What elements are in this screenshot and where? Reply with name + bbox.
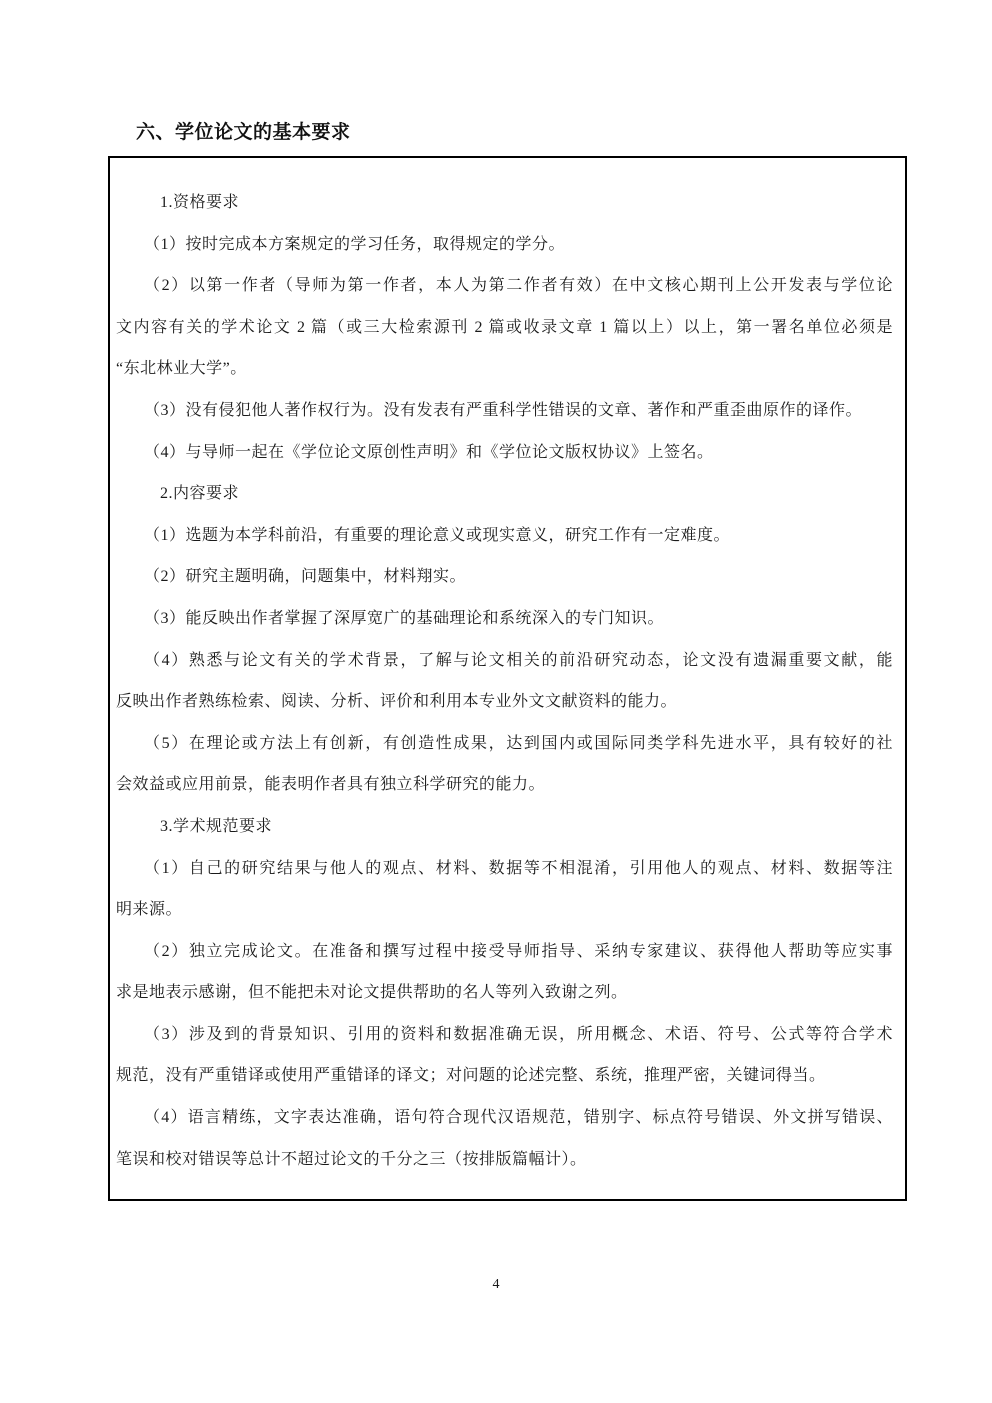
doc-line-heading-2: 2.内容要求 [116,473,893,515]
doc-line: （3）能反映出作者掌握了深厚宽广的基础理论和系统深入的专门知识。 [116,598,893,640]
section-heading: 六、学位论文的基本要求 [136,117,351,144]
doc-line-heading-1: 1.资格要求 [116,182,893,224]
requirements-box: 1.资格要求 （1）按时完成本方案规定的学习任务，取得规定的学分。 （2）以第一… [108,156,907,1201]
doc-line: （3）涉及到的背景知识、引用的资料和数据准确无误，所用概念、术语、符号、公式等符… [116,1014,893,1056]
document-page: 六、学位论文的基本要求 1.资格要求 （1）按时完成本方案规定的学习任务，取得规… [0,0,992,1403]
doc-line: （1）自己的研究结果与他人的观点、材料、数据等不相混淆，引用他人的观点、材料、数… [116,848,893,890]
doc-line: （1）按时完成本方案规定的学习任务，取得规定的学分。 [116,224,893,266]
doc-line: （2）研究主题明确，问题集中，材料翔实。 [116,556,893,598]
doc-line: （1）选题为本学科前沿，有重要的理论意义或现实意义，研究工作有一定难度。 [116,515,893,557]
doc-line: 文内容有关的学术论文 2 篇（或三大检索源刊 2 篇或收录文章 1 篇以上）以上… [116,307,893,349]
page-number: 4 [0,1277,992,1293]
doc-line: “东北林业大学”。 [116,348,893,390]
doc-line-heading-3: 3.学术规范要求 [116,806,893,848]
doc-line: 反映出作者熟练检索、阅读、分析、评价和利用本专业外文文献资料的能力。 [116,681,893,723]
doc-line: 求是地表示感谢，但不能把未对论文提供帮助的名人等列入致谢之列。 [116,972,893,1014]
doc-line: （2）以第一作者（导师为第一作者，本人为第二作者有效）在中文核心期刊上公开发表与… [116,265,893,307]
doc-line: （4）与导师一起在《学位论文原创性声明》和《学位论文版权协议》上签名。 [116,432,893,474]
doc-line: 规范，没有严重错译或使用严重错译的译文；对问题的论述完整、系统，推理严密，关键词… [116,1055,893,1097]
doc-line: （5）在理论或方法上有创新，有创造性成果，达到国内或国际同类学科先进水平，具有较… [116,723,893,765]
doc-line: （4）熟悉与论文有关的学术背景，了解与论文相关的前沿研究动态，论文没有遗漏重要文… [116,640,893,682]
doc-line: （3）没有侵犯他人著作权行为。没有发表有严重科学性错误的文章、著作和严重歪曲原作… [116,390,893,432]
doc-line: 明来源。 [116,889,893,931]
doc-line: 会效益或应用前景，能表明作者具有独立科学研究的能力。 [116,764,893,806]
doc-line: （4）语言精练，文字表达准确，语句符合现代汉语规范，错别字、标点符号错误、外文拼… [116,1097,893,1139]
doc-line: （2）独立完成论文。在准备和撰写过程中接受导师指导、采纳专家建议、获得他人帮助等… [116,931,893,973]
doc-line: 笔误和校对错误等总计不超过论文的千分之三（按排版篇幅计）。 [116,1139,893,1181]
